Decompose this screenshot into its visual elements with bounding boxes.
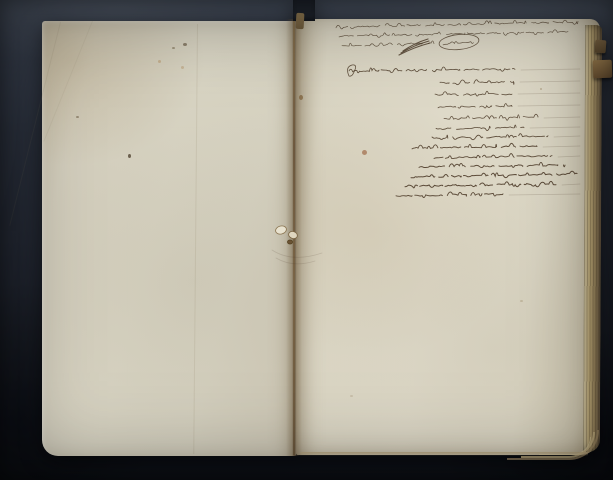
scanned-document	[0, 0, 613, 480]
bottom-page-edge	[300, 452, 588, 456]
spine-leather-sliver	[296, 13, 305, 29]
bookmark-tab-large	[593, 60, 613, 79]
binding-gutter-line	[293, 20, 295, 455]
page-edge-stack	[583, 25, 602, 452]
right-page	[296, 19, 600, 455]
bookmark-tab-small	[595, 40, 607, 54]
open-register-book	[0, 0, 613, 480]
left-page	[42, 21, 296, 456]
